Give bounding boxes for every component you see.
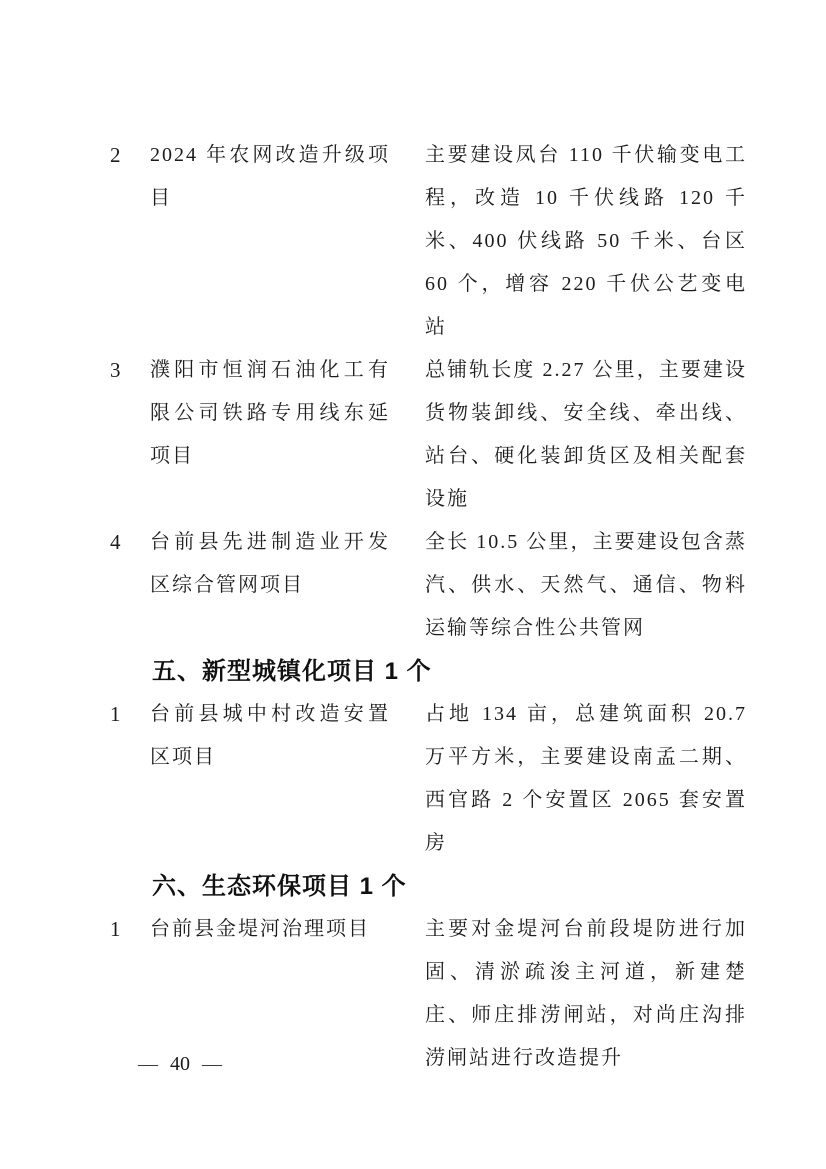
project-name: 濮阳市恒润石油化工有限公司铁路专用线东延项目: [150, 349, 390, 478]
page-number: 40: [170, 1049, 190, 1079]
project-description: 主要对金堤河台前段堤防进行加固、清淤疏浚主河道，新建楚庄、师庄排涝闸站，对尚庄沟…: [425, 908, 747, 1080]
project-row: 3 濮阳市恒润石油化工有限公司铁路专用线东延项目 总铺轨长度 2.27 公里，主…: [0, 349, 826, 521]
project-name: 台前县城中村改造安置区项目: [150, 693, 390, 779]
project-name: 2024 年农网改造升级项目: [150, 134, 390, 220]
project-number: 2: [110, 134, 150, 177]
project-row: 1 台前县金堤河治理项目 主要对金堤河台前段堤防进行加固、清淤疏浚主河道，新建楚…: [0, 908, 826, 1080]
section-heading-six: 六、生态环保项目 1 个: [152, 865, 826, 908]
project-name: 台前县金堤河治理项目: [150, 908, 390, 951]
project-row: 4 台前县先进制造业开发区综合管网项目 全长 10.5 公里，主要建设包含蒸汽、…: [0, 521, 826, 650]
footer-right-dash: —: [202, 1049, 222, 1079]
project-name: 台前县先进制造业开发区综合管网项目: [150, 521, 390, 607]
project-description: 占地 134 亩，总建筑面积 20.7 万平方米，主要建设南孟二期、西官路 2 …: [425, 693, 747, 865]
project-description: 全长 10.5 公里，主要建设包含蒸汽、供水、天然气、通信、物料运输等综合性公共…: [425, 521, 747, 650]
project-description: 总铺轨长度 2.27 公里，主要建设货物装卸线、安全线、牵出线、站台、硬化装卸货…: [425, 349, 747, 521]
project-number: 3: [110, 349, 150, 392]
project-description: 主要建设凤台 110 千伏输变电工程，改造 10 千伏线路 120 千米、400…: [425, 134, 747, 349]
project-row: 2 2024 年农网改造升级项目 主要建设凤台 110 千伏输变电工程，改造 1…: [0, 134, 826, 349]
project-number: 1: [110, 693, 150, 736]
project-number: 1: [110, 908, 150, 951]
project-number: 4: [110, 521, 150, 564]
page-footer: — 40 —: [138, 1049, 222, 1079]
section-heading-five: 五、新型城镇化项目 1 个: [152, 650, 826, 693]
footer-left-dash: —: [138, 1049, 158, 1079]
document-page: 2 2024 年农网改造升级项目 主要建设凤台 110 千伏输变电工程，改造 1…: [0, 0, 826, 1169]
project-row: 1 台前县城中村改造安置区项目 占地 134 亩，总建筑面积 20.7 万平方米…: [0, 693, 826, 865]
project-list: 2 2024 年农网改造升级项目 主要建设凤台 110 千伏输变电工程，改造 1…: [0, 134, 826, 1080]
